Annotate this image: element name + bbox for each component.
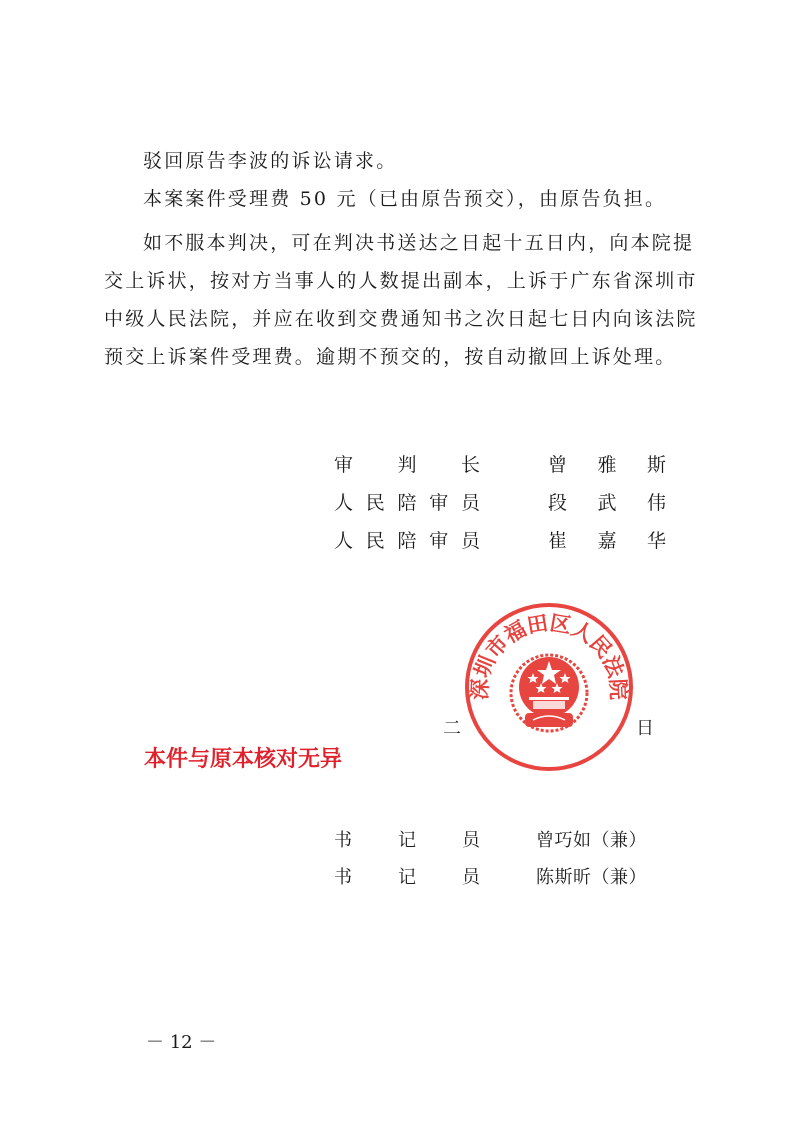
name-char: 曾	[548, 450, 567, 477]
role-char: 员	[462, 826, 480, 852]
signer-name: 段 武 伟	[548, 488, 666, 515]
role-char: 审	[429, 526, 448, 553]
name-char: 武	[597, 488, 616, 515]
court-seal-icon: 深圳市福田区人民法院	[463, 601, 635, 773]
clerk-name: 陈斯昕（兼）	[536, 863, 647, 889]
ruling-line: 驳回原告李波的诉讼请求。	[143, 146, 397, 173]
appeal-line-4: 预交上诉案件受理费。逾期不预交的，按自动撤回上诉处理。	[104, 342, 676, 369]
appeal-line-1: 如不服本判决，可在判决书送达之日起十五日内，向本院提	[143, 228, 694, 255]
role-char: 记	[398, 863, 416, 889]
role-char: 审	[334, 450, 353, 477]
clerk-name: 曾巧如（兼）	[536, 826, 647, 852]
role-label: 书 记 员	[334, 826, 480, 852]
name-char: 段	[548, 488, 567, 515]
role-char: 员	[461, 526, 480, 553]
role-char: 记	[398, 826, 416, 852]
fee-line: 本案案件受理费 50 元（已由原告预交），由原告负担。	[143, 184, 666, 211]
role-char: 人	[334, 488, 353, 515]
name-char: 崔	[548, 526, 567, 553]
name-char: 雅	[597, 450, 616, 477]
role-char: 员	[461, 488, 480, 515]
role-label: 人 民 陪 审 员	[334, 488, 480, 515]
role-label: 人 民 陪 审 员	[334, 526, 480, 553]
role-char: 陪	[397, 488, 416, 515]
role-char: 陪	[397, 526, 416, 553]
role-char: 人	[334, 526, 353, 553]
appeal-line-3: 中级人民法院，并应在收到交费通知书之次日起七日内向该法院	[104, 304, 698, 331]
name-char: 嘉	[597, 526, 616, 553]
role-char: 书	[334, 826, 352, 852]
role-char: 审	[429, 488, 448, 515]
date-fragment-left: 二	[443, 714, 461, 740]
signer-name: 崔 嘉 华	[548, 526, 666, 553]
name-char: 斯	[647, 450, 666, 477]
signer-name: 曾 雅 斯	[548, 450, 666, 477]
role-char: 民	[366, 526, 385, 553]
date-fragment-right: 日	[636, 714, 654, 740]
role-char: 民	[366, 488, 385, 515]
role-char: 长	[461, 450, 480, 477]
role-label: 审 判 长	[334, 450, 480, 477]
role-label: 书 记 员	[334, 863, 480, 889]
certification-stamp: 本件与原本核对无异	[144, 742, 342, 773]
role-char: 员	[462, 863, 480, 889]
name-char: 华	[647, 526, 666, 553]
role-char: 判	[397, 450, 416, 477]
role-char: 书	[334, 863, 352, 889]
name-char: 伟	[647, 488, 666, 515]
appeal-line-2: 交上诉状，按对方当事人的人数提出副本，上诉于广东省深圳市	[104, 266, 698, 293]
page-number: － 12 －	[146, 1028, 216, 1054]
